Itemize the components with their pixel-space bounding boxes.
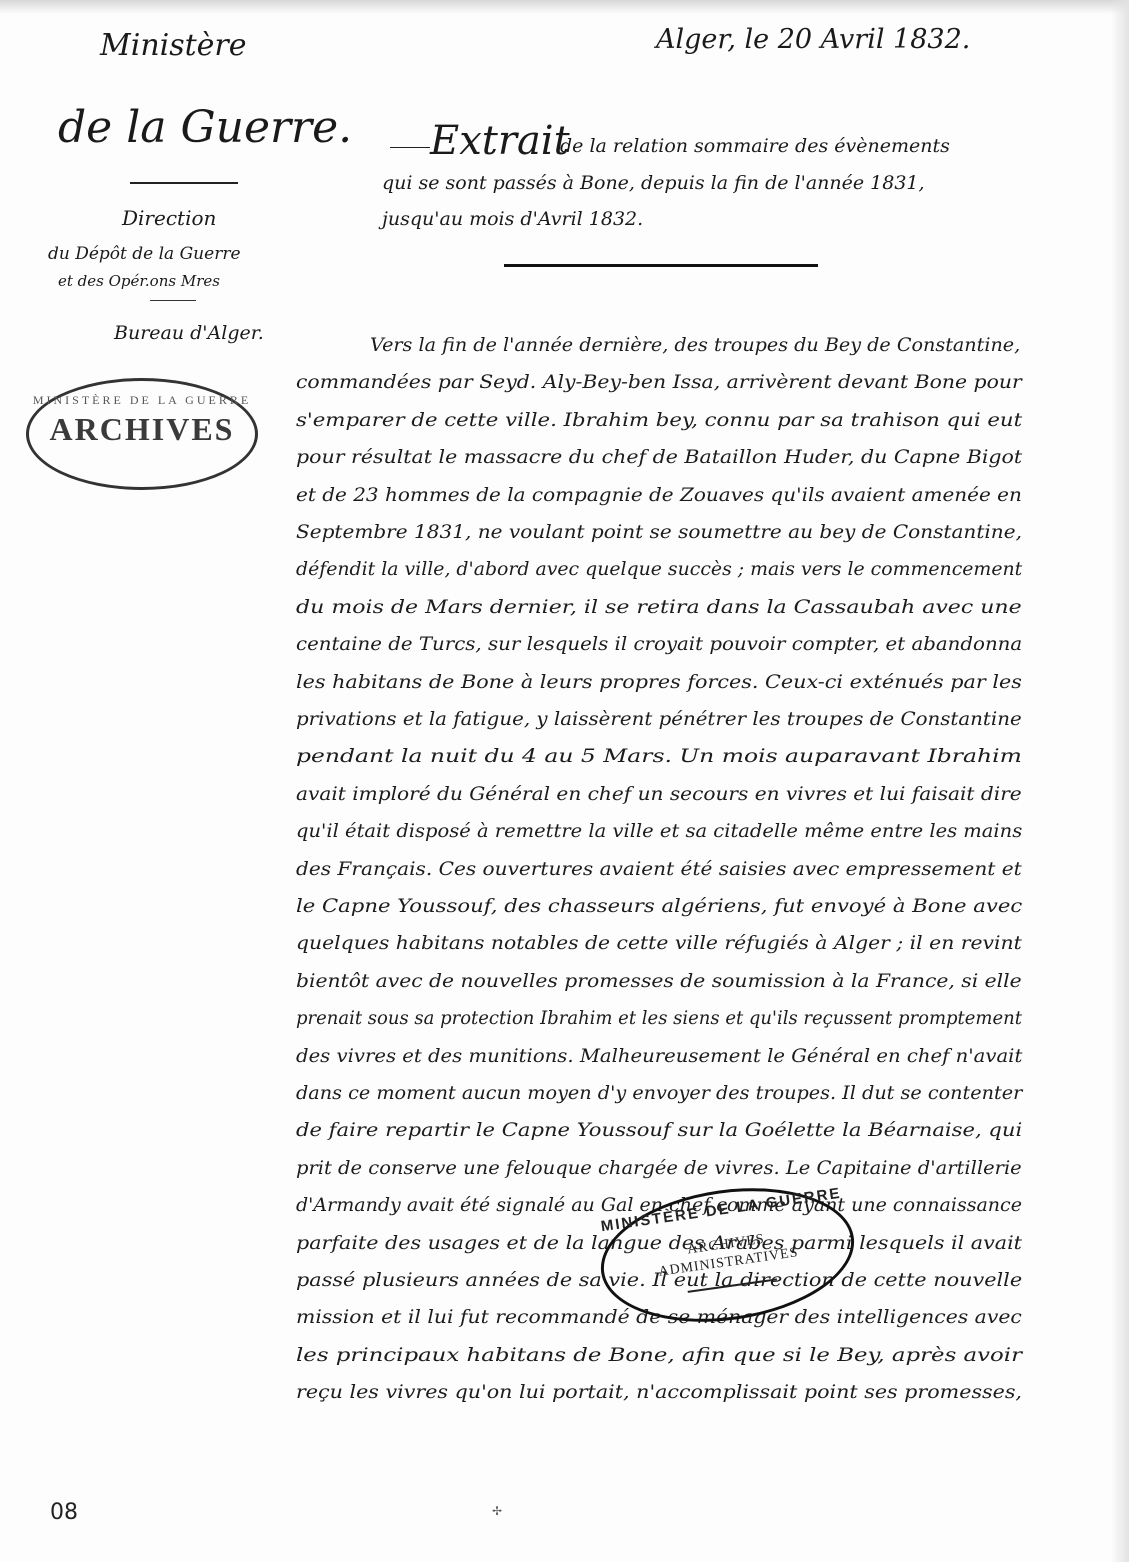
direction-label: Direction <box>122 206 216 230</box>
letterhead-divider <box>130 182 238 184</box>
ministry-heading-line2: de la Guerre. <box>58 102 352 153</box>
title-dash <box>390 147 430 148</box>
depot-line2: et des Opér.ons Mres <box>58 272 220 290</box>
depot-underline <box>150 300 196 301</box>
page-edge-shadow-right <box>1111 0 1129 1562</box>
body-line: reçu les vivres qu'on lui portait, n'acc… <box>296 1381 1022 1403</box>
bureau-label: Bureau d'Alger. <box>114 322 264 344</box>
body-line: de faire repartir le Capne Youssouf sur … <box>296 1119 1022 1141</box>
body-line: les principaux habitans de Bone, afin qu… <box>296 1344 1022 1366</box>
body-line: du mois de Mars dernier, il se retira da… <box>296 596 1022 618</box>
body-line: qu'il était disposé à remettre la ville … <box>296 820 1022 842</box>
body-line: Vers la fin de l'année dernière, des tro… <box>370 334 1020 356</box>
archives-stamp-ring-text: MINISTÈRE DE LA GUERRE <box>29 393 255 408</box>
body-line: le Capne Youssouf, des chasseurs algérie… <box>296 895 1022 917</box>
body-line: pendant la nuit du 4 au 5 Mars. Un mois … <box>296 745 1022 767</box>
title-line3: jusqu'au mois d'Avril 1832. <box>382 208 643 230</box>
title-word: Extrait <box>430 118 570 164</box>
body-line: prit de conserve une felouque chargée de… <box>296 1157 1022 1179</box>
title-line2: qui se sont passés à Bone, depuis la fin… <box>382 172 925 194</box>
archives-stamp-main-text: ARCHIVES <box>29 411 255 448</box>
body-line: commandées par Seyd. Aly-Bey-ben Issa, a… <box>296 371 1022 393</box>
body-line: centaine de Turcs, sur lesquels il croya… <box>296 633 1022 655</box>
body-line: dans ce moment aucun moyen d'y envoyer d… <box>296 1082 1022 1104</box>
body-line: les habitans de Bone à leurs propres for… <box>296 671 1022 693</box>
body-line: avait imploré du Général en chef un seco… <box>296 783 1022 805</box>
ink-mark: ✢ <box>492 1504 502 1518</box>
archives-stamp: MINISTÈRE DE LA GUERRE ARCHIVES <box>26 378 258 490</box>
body-line: et de 23 hommes de la compagnie de Zouav… <box>296 484 1022 506</box>
body-line: prenait sous sa protection Ibrahim et le… <box>296 1007 1022 1029</box>
body-line: s'emparer de cette ville. Ibrahim bey, c… <box>296 409 1022 431</box>
place-date: Alger, le 20 Avril 1832. <box>656 24 970 55</box>
body-line: privations et la fatigue, y laissèrent p… <box>296 708 1022 730</box>
body-line: des vivres et des munitions. Malheureuse… <box>296 1045 1022 1067</box>
ministry-stamp-bar <box>688 1278 777 1293</box>
body-line: Septembre 1831, ne voulant point se soum… <box>296 521 1022 543</box>
ministry-heading-line1: Ministère <box>100 28 247 63</box>
body-line: quelques habitans notables de cette vill… <box>296 932 1022 954</box>
page-edge-shadow <box>0 0 1129 14</box>
body-line: pour résultat le massacre du chef de Bat… <box>296 446 1022 468</box>
body-line: bientôt avec de nouvelles promesses de s… <box>296 970 1022 992</box>
folio-number: 08 <box>50 1500 78 1525</box>
title-line1-rest: de la relation sommaire des évènements <box>560 135 950 157</box>
title-divider <box>504 264 818 267</box>
body-line: des Français. Ces ouvertures avaient été… <box>296 858 1022 880</box>
depot-line1: du Dépôt de la Guerre <box>48 244 241 264</box>
body-line: défendit la ville, d'abord avec quelque … <box>296 558 1022 580</box>
document-page: Ministère de la Guerre. Direction du Dép… <box>0 0 1129 1562</box>
